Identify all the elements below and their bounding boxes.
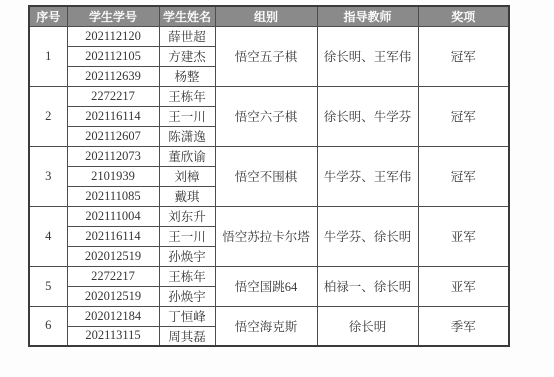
student-name-cell: 周其磊: [159, 326, 215, 346]
table-row: 1 202112120 薛世超 悟空五子棋 徐长明、王军伟 冠军: [29, 26, 509, 46]
student-id-cell: 202111004: [67, 206, 159, 226]
student-id-cell: 202112639: [67, 66, 159, 86]
student-id-cell: 202012519: [67, 246, 159, 266]
student-id-cell: 202116114: [67, 106, 159, 126]
seq-cell: 1: [29, 26, 67, 86]
student-name-cell: 王栋年: [159, 266, 215, 286]
student-id-cell: 202112073: [67, 146, 159, 166]
group-cell: 悟空海克斯: [215, 306, 317, 346]
student-name-cell: 王栋年: [159, 86, 215, 106]
student-id-cell: 202112607: [67, 126, 159, 146]
awards-table: 序号 学生学号 学生姓名 组别 指导教师 奖项 1 202112120 薛世超 …: [28, 5, 510, 347]
header-row: 序号 学生学号 学生姓名 组别 指导教师 奖项: [29, 6, 509, 26]
teachers-cell: 徐长明、牛学芬: [317, 86, 418, 146]
student-name-cell: 陈潇逸: [159, 126, 215, 146]
student-name-cell: 薛世超: [159, 26, 215, 46]
student-name-cell: 孙焕宇: [159, 286, 215, 306]
student-id-cell: 202116114: [67, 226, 159, 246]
group-cell: 悟空苏拉卡尔塔: [215, 206, 317, 266]
award-cell: 冠军: [418, 26, 509, 86]
student-id-cell: 202112120: [67, 26, 159, 46]
award-cell: 冠军: [418, 86, 509, 146]
award-cell: 冠军: [418, 146, 509, 206]
column-header-student-id: 学生学号: [67, 6, 159, 26]
teachers-cell: 柏禄一、徐长明: [317, 266, 418, 306]
student-id-cell: 202012184: [67, 306, 159, 326]
table-row: 5 2272217 王栋年 悟空国跳64 柏禄一、徐长明 亚军: [29, 266, 509, 286]
student-name-cell: 王一川: [159, 106, 215, 126]
column-header-student-name: 学生姓名: [159, 6, 215, 26]
table-row: 2 2272217 王栋年 悟空六子棋 徐长明、牛学芬 冠军: [29, 86, 509, 106]
student-id-cell: 2101939: [67, 166, 159, 186]
student-id-cell: 2272217: [67, 266, 159, 286]
page: 序号 学生学号 学生姓名 组别 指导教师 奖项 1 202112120 薛世超 …: [0, 0, 554, 377]
student-id-cell: 202012519: [67, 286, 159, 306]
student-name-cell: 王一川: [159, 226, 215, 246]
teachers-cell: 牛学芬、王军伟: [317, 146, 418, 206]
student-name-cell: 孙焕宇: [159, 246, 215, 266]
column-header-group: 组别: [215, 6, 317, 26]
student-id-cell: 202112105: [67, 46, 159, 66]
seq-cell: 5: [29, 266, 67, 306]
group-cell: 悟空六子棋: [215, 86, 317, 146]
teachers-cell: 徐长明: [317, 306, 418, 346]
student-name-cell: 刘东升: [159, 206, 215, 226]
student-name-cell: 丁恒峰: [159, 306, 215, 326]
table-row: 3 202112073 董欣谕 悟空不围棋 牛学芬、王军伟 冠军: [29, 146, 509, 166]
group-cell: 悟空五子棋: [215, 26, 317, 86]
teachers-cell: 牛学芬、徐长明: [317, 206, 418, 266]
seq-cell: 6: [29, 306, 67, 346]
group-cell: 悟空国跳64: [215, 266, 317, 306]
group-cell: 悟空不围棋: [215, 146, 317, 206]
seq-cell: 2: [29, 86, 67, 146]
seq-cell: 4: [29, 206, 67, 266]
award-cell: 亚军: [418, 266, 509, 306]
award-cell: 季军: [418, 306, 509, 346]
student-id-cell: 2272217: [67, 86, 159, 106]
column-header-teachers: 指导教师: [317, 6, 418, 26]
student-name-cell: 刘樟: [159, 166, 215, 186]
teachers-cell: 徐长明、王军伟: [317, 26, 418, 86]
column-header-award: 奖项: [418, 6, 509, 26]
student-name-cell: 方建杰: [159, 46, 215, 66]
student-name-cell: 董欣谕: [159, 146, 215, 166]
student-name-cell: 戴琪: [159, 186, 215, 206]
student-id-cell: 202111085: [67, 186, 159, 206]
table-row: 4 202111004 刘东升 悟空苏拉卡尔塔 牛学芬、徐长明 亚军: [29, 206, 509, 226]
table-row: 6 202012184 丁恒峰 悟空海克斯 徐长明 季军: [29, 306, 509, 326]
seq-cell: 3: [29, 146, 67, 206]
column-header-seq: 序号: [29, 6, 67, 26]
student-id-cell: 202113115: [67, 326, 159, 346]
award-cell: 亚军: [418, 206, 509, 266]
student-name-cell: 杨整: [159, 66, 215, 86]
